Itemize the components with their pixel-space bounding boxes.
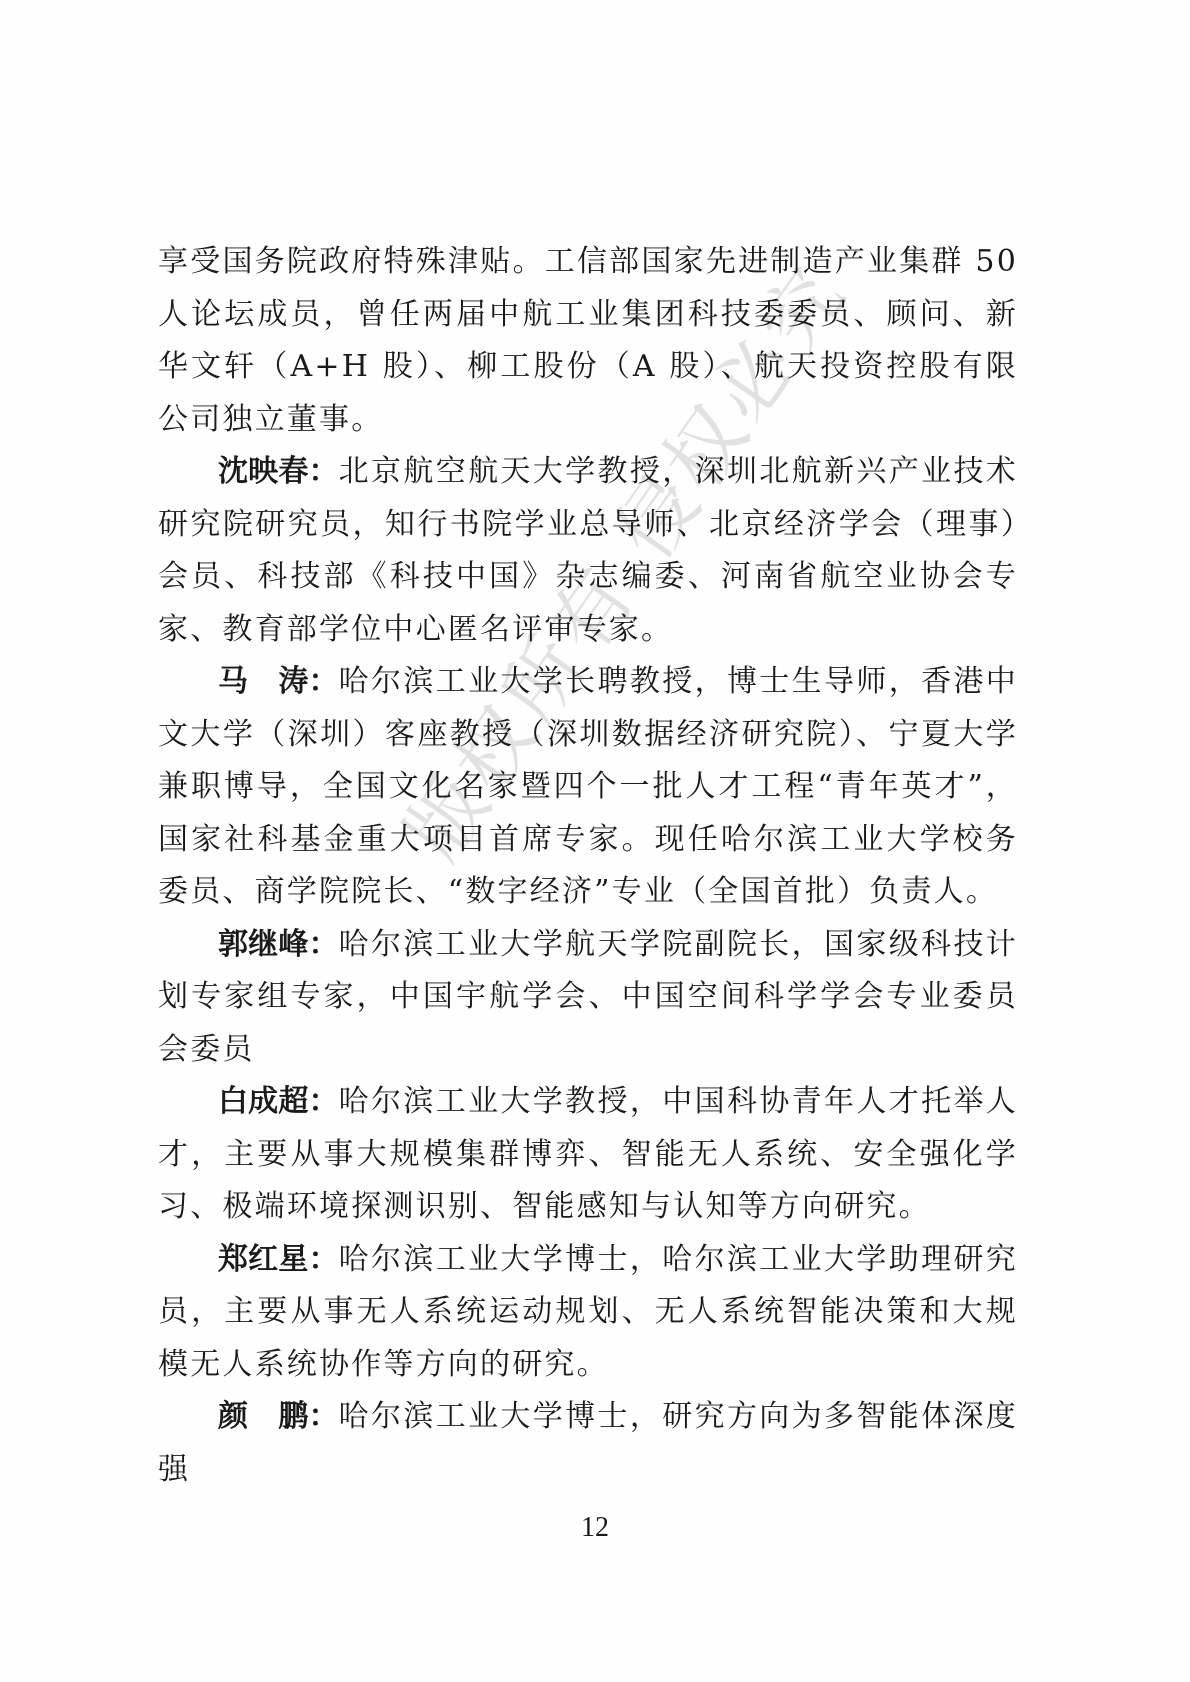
paragraph-continuation: 享受国务院政府特殊津贴。工信部国家先进制造产业集群 50 人论坛成员，曾任两届中… [158, 236, 1018, 446]
bio-paragraph-guo-jifeng: 郭继峰：哈尔滨工业大学航天学院副院长，国家级科技计划专家组专家，中国宇航学会、中… [158, 919, 1018, 1077]
bio-name: 郑红星： [218, 1242, 339, 1277]
bio-paragraph-ma-tao: 马 涛：哈尔滨工业大学长聘教授，博士生导师，香港中文大学（深圳）客座教授（深圳数… [158, 656, 1018, 919]
bio-paragraph-shen-yingchun: 沈映春：北京航空航天大学教授，深圳北航新兴产业技术研究院研究员，知行书院学业总导… [158, 446, 1018, 656]
page-number: 12 [0, 1512, 1190, 1544]
bio-paragraph-bai-chengchao: 白成超：哈尔滨工业大学教授，中国科协青年人才托举人才，主要从事大规模集群博弈、智… [158, 1076, 1018, 1234]
bio-name: 颜 鹏： [218, 1399, 339, 1434]
document-body: 享受国务院政府特殊津贴。工信部国家先进制造产业集群 50 人论坛成员，曾任两届中… [158, 236, 1018, 1496]
bio-name: 马 涛： [218, 664, 339, 699]
bio-paragraph-zheng-hongxing: 郑红星：哈尔滨工业大学博士，哈尔滨工业大学助理研究员，主要从事无人系统运动规划、… [158, 1234, 1018, 1392]
document-page: 版权所有 侵权必究 享受国务院政府特殊津贴。工信部国家先进制造产业集群 50 人… [0, 0, 1190, 1682]
paragraph-text: 享受国务院政府特殊津贴。工信部国家先进制造产业集群 50 人论坛成员，曾任两届中… [158, 244, 1018, 437]
bio-name: 白成超： [218, 1084, 339, 1119]
bio-paragraph-yan-peng: 颜 鹏：哈尔滨工业大学博士，研究方向为多智能体深度强 [158, 1391, 1018, 1496]
bio-name: 沈映春： [218, 454, 339, 489]
bio-text: 哈尔滨工业大学长聘教授，博士生导师，香港中文大学（深圳）客座教授（深圳数据经济研… [158, 664, 1018, 909]
bio-name: 郭继峰： [218, 927, 339, 962]
